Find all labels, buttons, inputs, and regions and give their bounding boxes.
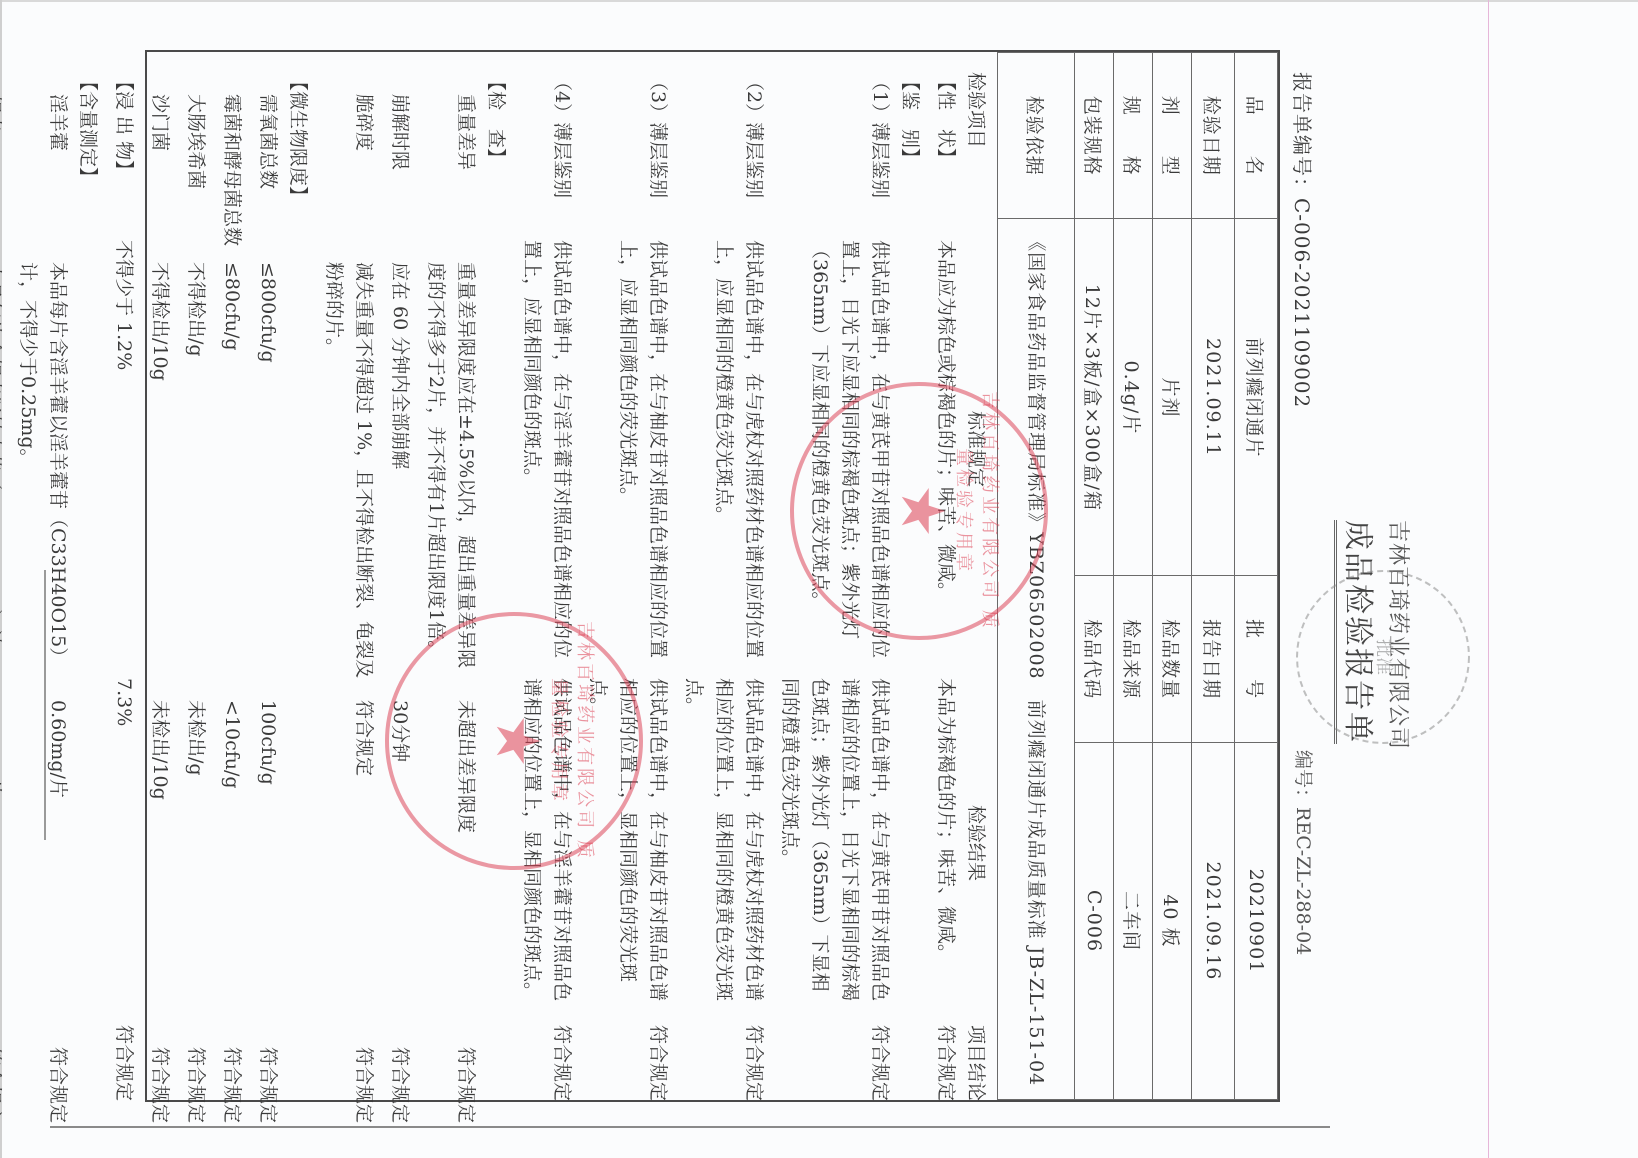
result-item: 大肠埃希菌 [181,72,211,262]
result-conclusion: 符合规定 [181,1030,211,1140]
result-item: 崩解时限 [385,72,415,262]
column-header-item: 检验项目 [961,72,991,240]
spec-label: 规 格 [1114,53,1153,219]
result-standard: 供试品色谱中，在与淫羊藿苷对照品色谱相应的位置上，应显相同颜色的斑点。 [517,240,577,658]
result-row: 重量差异重量差异限度应在±4.5%以内，超出重量差异限度的不得多于2片，并不得有… [421,72,481,1086]
result-conclusion: 符合规定 [253,1030,283,1140]
result-row: 需氧菌总数≤800cfu/g100cfu/g符合规定 [253,72,283,1086]
inspection-report-page: 吉林百琦药业有限公司 成品检验报告单 报告单编号：C-006-202110900… [140,50,1530,1110]
result-standard: 不得检出/10g [145,262,175,680]
result-value: 供试品色谱中，在与淫羊藿苷对照品色谱相应的位置上，显相同颜色的斑点。 [517,658,577,1008]
test-date-label: 检验日期 [1192,53,1235,219]
result-conclusion: 符合规定 [643,1008,673,1118]
result-value: 2.39mg/片 [0,680,7,1030]
code-value: C-006 [1075,742,1114,1099]
result-item: 淫羊藿 [43,72,73,262]
dosage-form-label: 剂 型 [1153,53,1192,219]
package-label: 包装规格 [1075,53,1114,219]
dosage-form-value: 片剂 [1153,219,1192,576]
result-row: 【微生物限度】 [283,72,313,1086]
result-standard: 不得检出/g [181,262,211,680]
code-label: 检品代码 [1075,576,1114,742]
result-item: 【检 查】 [481,72,511,240]
result-item: 【浸 出 物】 [109,72,139,240]
product-name-value: 前列癃闭通片 [1235,219,1278,576]
quantity-label: 检品数量 [1153,576,1192,742]
result-row: 【检 查】 [481,72,511,1086]
result-conclusion: 符合规定 [931,1008,961,1118]
result-conclusion: 符合规定 [547,1008,577,1118]
result-item: 【含量测定】 [73,72,103,240]
result-value: 未检出/10g [145,680,175,1030]
result-item: （2）薄层鉴别 [739,72,769,240]
result-value: 未超出差异限度 [451,680,481,1030]
result-value: 供试品色谱中，在与柚皮苷对照品色谱相应的位置上，显相同颜色的荧光斑点。 [583,658,673,1008]
result-conclusion: 符合规定 [43,1030,73,1140]
result-row: 沙门菌不得检出/10g未检出/10g符合规定 [145,72,175,1086]
result-conclusion: 符合规定 [217,1030,247,1140]
result-row: （2）薄层鉴别供试品色谱中，在与虎杖对照药材色谱相应的位置上，应显相同的橙黄色荧… [679,72,769,1086]
source-label: 检品来源 [1114,576,1153,742]
result-row: 枳壳本品每片含枳壳以柚皮苷（C27H32O14）计，不得少于0.35mg。2.3… [0,72,7,1086]
report-date-label: 报告日期 [1192,576,1235,742]
company-name: 吉林百琦药业有限公司 [1384,520,1415,750]
result-conclusion: 符合规定 [385,1030,415,1140]
column-header-standard: 标准规定 [961,240,991,658]
test-date-value: 2021.09.11 [1192,219,1235,576]
result-standard: 应在 60 分钟内全部崩解 [385,262,415,680]
result-standard: 本品每片含枳壳以柚皮苷（C27H32O14）计，不得少于0.35mg。 [0,262,7,680]
package-value: 12片×3板/盒×300盒/箱 [1075,219,1114,576]
form-number: 编号：REC-ZL-288-04 [1291,750,1318,955]
result-standard: 本品应为棕色或棕褐色的片；味苦、微咸。 [931,240,961,658]
report-number: 报告单编号：C-006-2021109002 [1289,72,1318,408]
result-item: 【性 状】 [931,72,961,240]
result-value: 未检出/g [181,680,211,1030]
result-standard: ≤80cfu/g [217,262,247,680]
basis-label: 检验依据 [998,53,1075,219]
result-item: 重量差异 [451,72,481,262]
product-info-table: 品 名 前列癃闭通片 批 号 20210901 检验日期 2021.09.11 … [997,52,1278,1100]
result-item: 【微生物限度】 [283,72,313,240]
quantity-value: 40 板 [1153,742,1192,1099]
result-row: 【浸 出 物】不得少于 1.2%7.3%符合规定 [109,72,139,1086]
source-value: 二车间 [1114,742,1153,1099]
report-title: 成品检验报告单 [1334,520,1383,744]
report-sheet: 品 名 前列癃闭通片 批 号 20210901 检验日期 2021.09.11 … [145,50,1280,1102]
result-row: 【含量测定】 [73,72,103,1086]
form-number-label: 编号： [1292,750,1314,807]
basis-value: 《国家食品药品监督管理局标准》YBZ06502008 前列癃闭通片成品质量标准 … [998,219,1075,1100]
result-value: 7.3% [109,658,139,1008]
result-standard: 不得少于 1.2% [109,240,139,658]
result-value: 100cfu/g [253,680,283,1030]
result-standard: 供试品色谱中，在与柚皮苷对照品色谱相应的位置上，应显相同颜色的荧光斑点。 [613,240,673,658]
result-value: 供试品色谱中，在与虎杖对照药材色谱相应的位置上，显相同的橙黄色荧光斑点。 [679,658,769,1008]
result-standard: 减失重量不得超过 1%，且不得检出断裂、龟裂及粉碎的片。 [319,262,379,680]
batch-label: 批 号 [1235,576,1278,742]
result-row: 淫羊藿本品每片含淫羊藿以淫羊藿苷（C33H40O15）计，不得少于0.25mg。… [13,72,73,1086]
result-conclusion: 符合规定 [349,1030,379,1140]
result-value: 0.60mg/片 [43,680,73,1030]
result-standard: 重量差异限度应在±4.5%以内，超出重量差异限度的不得多于2片，并不得有1片超出… [421,262,481,680]
result-item: 沙门菌 [145,72,175,262]
result-row: 脆碎度减失重量不得超过 1%，且不得检出断裂、龟裂及粉碎的片。符合规定符合规定 [319,72,379,1086]
result-rows: 【性 状】本品应为棕色或棕褐色的片；味苦、微咸。本品为棕褐色的片；味苦、微咸。符… [0,72,961,1086]
result-item: （3）薄层鉴别 [643,72,673,240]
result-conclusion: 符合规定 [109,1008,139,1118]
document-header: 吉林百琦药业有限公司 成品检验报告单 报告单编号：C-006-202110900… [1280,50,1530,1110]
result-row: 大肠埃希菌不得检出/g未检出/g符合规定 [181,72,211,1086]
result-value: <10cfu/g [217,680,247,1030]
result-standard: ≤800cfu/g [253,262,283,680]
result-value: 符合规定 [349,680,379,1030]
result-item: 脆碎度 [349,72,379,262]
result-conclusion: 符合规定 [145,1030,175,1140]
result-row: 【鉴 别】 [895,72,925,1086]
approval-stamp: 批准 [1296,570,1470,744]
scan-edge [0,0,1638,2]
result-item: 枳壳 [0,72,7,262]
column-header-result: 检验结果 [961,658,991,1008]
result-standard: 供试品色谱中，在与虎杖对照药材色谱相应的位置上，应显相同的橙黄色荧光斑点。 [709,240,769,658]
report-number-value: C-006-2021109002 [1290,198,1314,408]
result-item: 【鉴 别】 [895,72,925,240]
batch-value: 20210901 [1235,742,1278,1099]
result-value: 供试品色谱中，在与黄芪甲苷对照品色谱相应的位置上，日光下显相同的棕褐色斑点；紫外… [775,658,895,1008]
result-item: 需氧菌总数 [253,72,283,262]
result-conclusion: 符合规定 [0,1030,7,1140]
column-header-conclusion: 项目结论 [961,1008,991,1118]
results-header: 检验项目 标准规定 检验结果 项目结论 [961,72,991,1086]
result-conclusion: 符合规定 [451,1030,481,1140]
result-item: （4）薄层鉴别 [547,72,577,240]
result-value: 本品为棕褐色的片；味苦、微咸。 [931,658,961,1008]
spec-value: 0.4g/片 [1114,219,1153,576]
report-date-value: 2021.09.16 [1192,742,1235,1099]
test-results: 检验项目 标准规定 检验结果 项目结论 【性 状】本品应为棕色或棕褐色的片；味苦… [0,52,997,1100]
result-row: 霉菌和酵母菌总数≤80cfu/g<10cfu/g符合规定 [217,72,247,1086]
result-standard: 供试品色谱中，在与黄芪甲苷对照品色谱相应的位置上，日光下应显相同的棕褐色斑点；紫… [805,240,895,658]
result-value: 30分钟 [385,680,415,1030]
product-name-label: 品 名 [1235,53,1278,219]
result-conclusion: 符合规定 [865,1008,895,1118]
result-standard: 本品每片含淫羊藿以淫羊藿苷（C33H40O15）计，不得少于0.25mg。 [13,262,73,680]
result-row: （4）薄层鉴别供试品色谱中，在与淫羊藿苷对照品色谱相应的位置上，应显相同颜色的斑… [517,72,577,1086]
result-conclusion: 符合规定 [739,1008,769,1118]
result-item: （1）薄层鉴别 [865,72,895,240]
result-row: （3）薄层鉴别供试品色谱中，在与柚皮苷对照品色谱相应的位置上，应显相同颜色的荧光… [583,72,673,1086]
result-item: 霉菌和酵母菌总数 [217,72,247,262]
result-row: 崩解时限应在 60 分钟内全部崩解30分钟符合规定 [385,72,415,1086]
form-number-value: REC-ZL-288-04 [1292,807,1314,955]
report-number-label: 报告单编号： [1290,72,1314,198]
result-row: （1）薄层鉴别供试品色谱中，在与黄芪甲苷对照品色谱相应的位置上，日光下应显相同的… [775,72,895,1086]
result-row: 【性 状】本品应为棕色或棕褐色的片；味苦、微咸。本品为棕褐色的片；味苦、微咸。符… [931,72,961,1086]
